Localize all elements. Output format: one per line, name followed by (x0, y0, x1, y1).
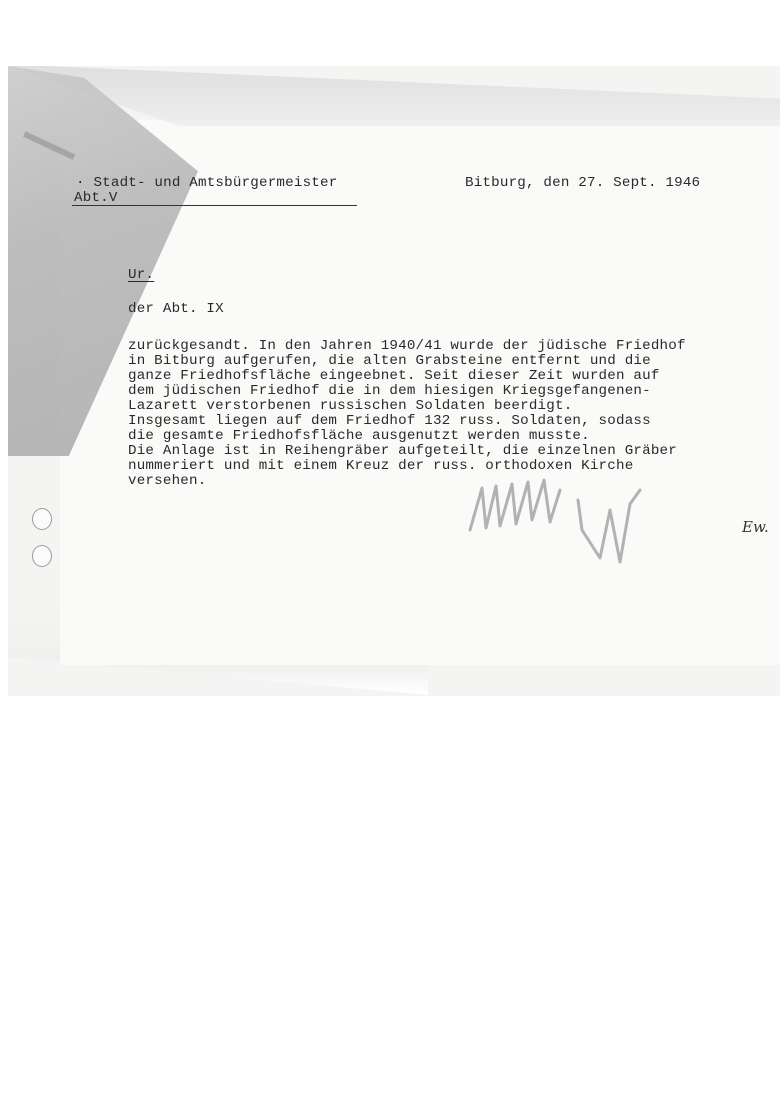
body-line: ganze Friedhofsfläche eingeebnet. Seit d… (128, 369, 660, 384)
sender-line-1: · Stadt- und Amtsbürgermeister (76, 176, 337, 191)
punch-hole (32, 508, 52, 530)
body-line: in Bitburg aufgerufen, die alten Grabste… (128, 354, 651, 369)
body-line: die gesamte Friedhofsfläche ausgenutzt w… (128, 429, 590, 444)
body-line: dem jüdischen Friedhof die in dem hiesig… (128, 384, 651, 399)
body-line: Die Anlage ist in Reihengräber aufgeteil… (128, 444, 677, 459)
handwritten-initials: Ew. (742, 518, 769, 536)
header-rule (72, 205, 357, 206)
reference-mark: Ur. (128, 268, 154, 283)
place-date: Bitburg, den 27. Sept. 1946 (465, 176, 700, 191)
sender-name: Stadt- und Amtsbürgermeister (93, 175, 337, 191)
body-line: Insgesamt liegen auf dem Friedhof 132 ru… (128, 414, 651, 429)
body-line: Lazarett verstorbenen russischen Soldate… (128, 399, 572, 414)
sender-line-2: Abt.V (74, 191, 118, 206)
recipient: der Abt. IX (128, 302, 224, 317)
body-line: zurückgesandt. In den Jahren 1940/41 wur… (128, 339, 686, 354)
body-line: versehen. (128, 474, 206, 489)
pencil-signature (460, 470, 690, 565)
punch-hole (32, 545, 52, 567)
